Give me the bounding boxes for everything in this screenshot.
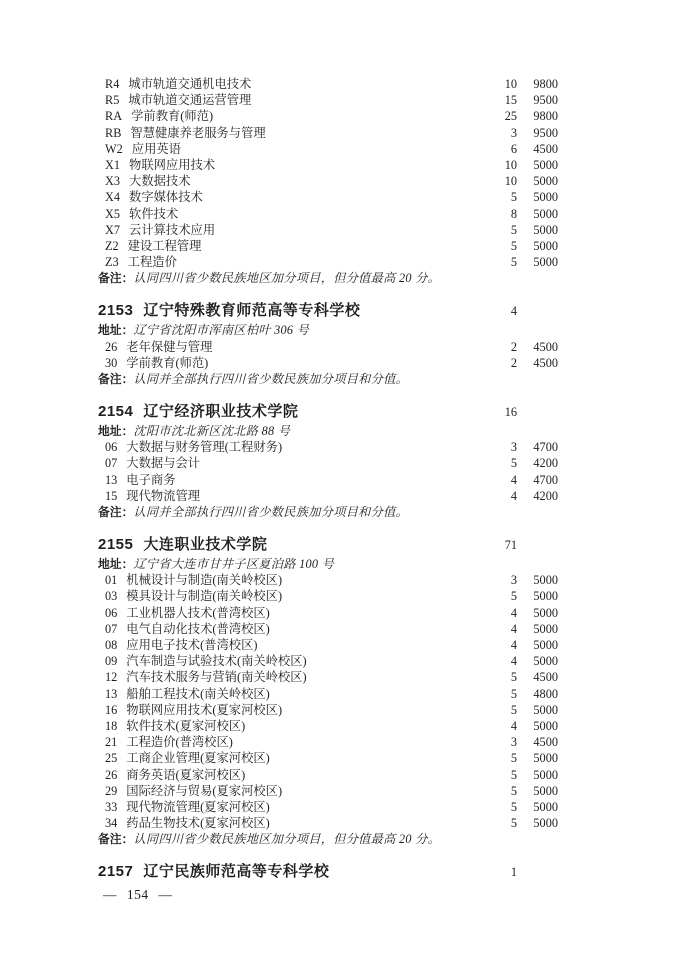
address-line: 地址：辽宁省大连市甘井子区夏泊路 100 号 [98, 556, 558, 573]
major-row: R5 城市轨道交通运营管理 15 9500 [98, 92, 558, 108]
major-plan-count: 5 [471, 669, 517, 685]
major-tuition-fee: 5000 [517, 238, 558, 254]
major-code: 21 [105, 734, 117, 750]
major-name: 工商企业管理(夏家河校区) [126, 750, 471, 766]
major-tuition-fee: 5000 [517, 588, 558, 604]
note-slot: 备注：认同并全部执行四川省少数民族加分项目和分值。 [98, 504, 558, 521]
note-slot: 备注：认同并全部执行四川省少数民族加分项目和分值。 [98, 371, 558, 388]
major-plan-count: 4 [471, 472, 517, 488]
major-name: 软件技术 [129, 206, 471, 222]
major-code: 30 [105, 355, 117, 371]
major-tuition-fee: 5000 [517, 621, 558, 637]
major-plan-count: 4 [471, 488, 517, 504]
school-section: 2154 辽宁经济职业技术学院 16 地址：沈阳市沈北新区沈北路 88 号 06… [98, 401, 558, 521]
major-name: 船舶工程技术(南关岭校区) [126, 686, 471, 702]
major-plan-count: 3 [471, 734, 517, 750]
major-plan-count: 15 [471, 92, 517, 108]
major-row: 06 工业机器人技术(普湾校区) 4 5000 [98, 605, 558, 621]
note-text: 认同并全部执行四川省少数民族加分项目和分值。 [133, 505, 408, 519]
major-name: 大数据与会计 [126, 455, 471, 471]
address-label: 地址： [98, 424, 133, 438]
major-name: 老年保健与管理 [126, 339, 471, 355]
major-code: Z3 [105, 254, 119, 270]
note-label: 备注： [98, 372, 133, 386]
page-number: — 154 — [103, 887, 173, 903]
major-rows: 06 大数据与财务管理(工程财务) 3 4700 07 大数据与会计 5 420… [98, 439, 558, 504]
major-row: X7 云计算技术应用 5 5000 [98, 222, 558, 238]
major-tuition-fee: 5000 [517, 572, 558, 588]
major-code: 01 [105, 572, 117, 588]
major-plan-count: 4 [471, 718, 517, 734]
major-row: 13 船舶工程技术(南关岭校区) 5 4800 [98, 686, 558, 702]
major-name: 电子商务 [126, 472, 471, 488]
major-code: 34 [105, 815, 117, 831]
major-tuition-fee: 5000 [517, 206, 558, 222]
major-plan-count: 8 [471, 206, 517, 222]
major-code: 13 [105, 472, 117, 488]
major-row: 26 商务英语(夏家河校区) 5 5000 [98, 767, 558, 783]
major-row: 15 现代物流管理 4 4200 [98, 488, 558, 504]
major-plan-count: 5 [471, 588, 517, 604]
major-name: 数字媒体技术 [129, 189, 471, 205]
major-row: 25 工商企业管理(夏家河校区) 5 5000 [98, 750, 558, 766]
major-code: RA [105, 108, 122, 124]
major-code: 25 [105, 750, 117, 766]
school-section: 2153 辽宁特殊教育师范高等专科学校 4 地址：辽宁省沈阳市浑南区柏叶 306… [98, 300, 558, 388]
major-tuition-fee: 5000 [517, 750, 558, 766]
address-text: 辽宁省大连市甘井子区夏泊路 100 号 [133, 557, 334, 571]
school-header: 2154 辽宁经济职业技术学院 16 [98, 401, 558, 423]
school-plan-count: 16 [471, 402, 517, 423]
major-name: 大数据技术 [129, 173, 471, 189]
major-code: X4 [105, 189, 120, 205]
major-name: 国际经济与贸易(夏家河校区) [126, 783, 471, 799]
major-tuition-fee: 5000 [517, 173, 558, 189]
school-header: 2153 辽宁特殊教育师范高等专科学校 4 [98, 300, 558, 322]
major-code: 26 [105, 767, 117, 783]
major-row: 01 机械设计与制造(南关岭校区) 3 5000 [98, 572, 558, 588]
major-plan-count: 10 [471, 173, 517, 189]
school-plan-count: 1 [471, 862, 517, 883]
major-name: 应用英语 [132, 141, 471, 157]
major-name: 汽车制造与试验技术(南关岭校区) [126, 653, 471, 669]
major-name: 工业机器人技术(普湾校区) [126, 605, 471, 621]
major-plan-count: 5 [471, 783, 517, 799]
address-label: 地址： [98, 557, 133, 571]
major-plan-count: 3 [471, 572, 517, 588]
major-row: X1 物联网应用技术 10 5000 [98, 157, 558, 173]
major-tuition-fee: 5000 [517, 189, 558, 205]
major-code: X7 [105, 222, 120, 238]
major-name: 药品生物技术(夏家河校区) [126, 815, 471, 831]
major-name: 电气自动化技术(普湾校区) [126, 621, 471, 637]
major-plan-count: 4 [471, 605, 517, 621]
major-row: Z2 建设工程管理 5 5000 [98, 238, 558, 254]
major-name: 软件技术(夏家河校区) [126, 718, 471, 734]
major-name: 学前教育(师范) [126, 355, 471, 371]
school-section: 2155 大连职业技术学院 71 地址：辽宁省大连市甘井子区夏泊路 100 号 … [98, 534, 558, 848]
major-code: R5 [105, 92, 119, 108]
note-line: 备注：认同并全部执行四川省少数民族加分项目和分值。 [98, 371, 558, 388]
major-tuition-fee: 4200 [517, 488, 558, 504]
major-tuition-fee: 4500 [517, 355, 558, 371]
school-plan-count: 71 [471, 535, 517, 556]
page-content: R4 城市轨道交通机电技术 10 9800 R5 城市轨道交通运营管理 15 9… [98, 76, 558, 883]
school-name: 辽宁特殊教育师范高等专科学校 [143, 300, 471, 321]
major-code: 13 [105, 686, 117, 702]
major-row: 06 大数据与财务管理(工程财务) 3 4700 [98, 439, 558, 455]
major-plan-count: 4 [471, 637, 517, 653]
address-line: 地址：沈阳市沈北新区沈北路 88 号 [98, 423, 558, 440]
major-code: 16 [105, 702, 117, 718]
address-label: 地址： [98, 323, 133, 337]
school-sections: 2153 辽宁特殊教育师范高等专科学校 4 地址：辽宁省沈阳市浑南区柏叶 306… [98, 300, 558, 883]
major-name: 智慧健康养老服务与管理 [130, 125, 471, 141]
major-tuition-fee: 4700 [517, 472, 558, 488]
major-name: 城市轨道交通机电技术 [128, 76, 471, 92]
major-plan-count: 2 [471, 339, 517, 355]
school-section: 2157 辽宁民族师范高等专科学校 1 [98, 861, 558, 883]
major-rows: 26 老年保健与管理 2 4500 30 学前教育(师范) 2 4500 [98, 339, 558, 371]
major-plan-count: 4 [471, 621, 517, 637]
major-code: W2 [105, 141, 123, 157]
major-name: 商务英语(夏家河校区) [126, 767, 471, 783]
major-name: 机械设计与制造(南关岭校区) [126, 572, 471, 588]
major-tuition-fee: 4800 [517, 686, 558, 702]
major-name: 汽车技术服务与营销(南关岭校区) [126, 669, 471, 685]
major-tuition-fee: 4200 [517, 455, 558, 471]
major-code: X5 [105, 206, 120, 222]
major-plan-count: 5 [471, 254, 517, 270]
note-line: 备注：认同四川省少数民族地区加分项目，但分值最高 20 分。 [98, 831, 558, 848]
note-label: 备注： [98, 271, 133, 285]
major-row: X4 数字媒体技术 5 5000 [98, 189, 558, 205]
major-tuition-fee: 5000 [517, 799, 558, 815]
major-plan-count: 5 [471, 799, 517, 815]
school-code: 2155 [98, 534, 133, 555]
major-tuition-fee: 4700 [517, 439, 558, 455]
major-row: RB 智慧健康养老服务与管理 3 9500 [98, 125, 558, 141]
major-tuition-fee: 5000 [517, 653, 558, 669]
school-name: 辽宁民族师范高等专科学校 [143, 861, 471, 882]
major-plan-count: 10 [471, 76, 517, 92]
major-name: 建设工程管理 [128, 238, 471, 254]
major-rows: R4 城市轨道交通机电技术 10 9800 R5 城市轨道交通运营管理 15 9… [98, 76, 558, 270]
note-slot: 备注：认同四川省少数民族地区加分项目，但分值最高 20 分。 [98, 831, 558, 848]
major-name: 物联网应用技术 [129, 157, 471, 173]
major-name: 学前教育(师范) [131, 108, 471, 124]
note-text: 认同并全部执行四川省少数民族加分项目和分值。 [133, 372, 408, 386]
address-text: 沈阳市沈北新区沈北路 88 号 [133, 424, 290, 438]
major-tuition-fee: 9800 [517, 108, 558, 124]
note-line: 备注：认同四川省少数民族地区加分项目，但分值最高 20 分。 [98, 270, 558, 287]
major-row: 34 药品生物技术(夏家河校区) 5 5000 [98, 815, 558, 831]
major-plan-count: 5 [471, 686, 517, 702]
major-code: 06 [105, 605, 117, 621]
major-row: 07 大数据与会计 5 4200 [98, 455, 558, 471]
major-code: 09 [105, 653, 117, 669]
major-row: W2 应用英语 6 4500 [98, 141, 558, 157]
major-tuition-fee: 4500 [517, 339, 558, 355]
major-row: 16 物联网应用技术(夏家河校区) 5 5000 [98, 702, 558, 718]
note-label: 备注： [98, 832, 133, 846]
school-code: 2154 [98, 401, 133, 422]
major-name: 物联网应用技术(夏家河校区) [126, 702, 471, 718]
major-row: 26 老年保健与管理 2 4500 [98, 339, 558, 355]
major-row: Z3 工程造价 5 5000 [98, 254, 558, 270]
major-code: 18 [105, 718, 117, 734]
major-row: X3 大数据技术 10 5000 [98, 173, 558, 189]
major-name: 工程造价(普湾校区) [126, 734, 471, 750]
school-name: 大连职业技术学院 [143, 534, 471, 555]
major-tuition-fee: 5000 [517, 815, 558, 831]
major-plan-count: 5 [471, 222, 517, 238]
major-code: 03 [105, 588, 117, 604]
major-plan-count: 3 [471, 439, 517, 455]
address-line: 地址：辽宁省沈阳市浑南区柏叶 306 号 [98, 322, 558, 339]
major-rows: 01 机械设计与制造(南关岭校区) 3 5000 03 模具设计与制造(南关岭校… [98, 572, 558, 831]
major-row: R4 城市轨道交通机电技术 10 9800 [98, 76, 558, 92]
major-row: 33 现代物流管理(夏家河校区) 5 5000 [98, 799, 558, 815]
major-code: X3 [105, 173, 120, 189]
major-plan-count: 5 [471, 238, 517, 254]
major-plan-count: 5 [471, 815, 517, 831]
major-tuition-fee: 5000 [517, 783, 558, 799]
major-plan-count: 3 [471, 125, 517, 141]
major-tuition-fee: 5000 [517, 157, 558, 173]
major-row: 07 电气自动化技术(普湾校区) 4 5000 [98, 621, 558, 637]
major-tuition-fee: 4500 [517, 141, 558, 157]
major-plan-count: 2 [471, 355, 517, 371]
note-text: 认同四川省少数民族地区加分项目，但分值最高 20 分。 [133, 271, 440, 285]
major-row: 18 软件技术(夏家河校区) 4 5000 [98, 718, 558, 734]
major-code: 07 [105, 621, 117, 637]
school-code: 2153 [98, 300, 133, 321]
major-code: 29 [105, 783, 117, 799]
school-header: 2155 大连职业技术学院 71 [98, 534, 558, 556]
major-tuition-fee: 5000 [517, 718, 558, 734]
major-row: 03 模具设计与制造(南关岭校区) 5 5000 [98, 588, 558, 604]
school-name: 辽宁经济职业技术学院 [143, 401, 471, 422]
major-tuition-fee: 5000 [517, 254, 558, 270]
major-row: 09 汽车制造与试验技术(南关岭校区) 4 5000 [98, 653, 558, 669]
major-code: 07 [105, 455, 117, 471]
major-tuition-fee: 9500 [517, 92, 558, 108]
major-name: 城市轨道交通运营管理 [128, 92, 471, 108]
major-plan-count: 25 [471, 108, 517, 124]
note-line: 备注：认同并全部执行四川省少数民族加分项目和分值。 [98, 504, 558, 521]
document-page: R4 城市轨道交通机电技术 10 9800 R5 城市轨道交通运营管理 15 9… [0, 0, 680, 961]
major-row: 21 工程造价(普湾校区) 3 4500 [98, 734, 558, 750]
major-row: X5 软件技术 8 5000 [98, 206, 558, 222]
major-row: 08 应用电子技术(普湾校区) 4 5000 [98, 637, 558, 653]
major-code: 06 [105, 439, 117, 455]
major-row: 13 电子商务 4 4700 [98, 472, 558, 488]
major-name: 工程造价 [128, 254, 471, 270]
major-tuition-fee: 5000 [517, 637, 558, 653]
school-plan-count: 4 [471, 301, 517, 322]
major-tuition-fee: 4500 [517, 734, 558, 750]
school-code: 2157 [98, 861, 133, 882]
major-code: 12 [105, 669, 117, 685]
major-name: 现代物流管理(夏家河校区) [126, 799, 471, 815]
major-row: RA 学前教育(师范) 25 9800 [98, 108, 558, 124]
major-plan-count: 10 [471, 157, 517, 173]
continuation-block: R4 城市轨道交通机电技术 10 9800 R5 城市轨道交通运营管理 15 9… [98, 76, 558, 287]
major-tuition-fee: 5000 [517, 605, 558, 621]
major-code: R4 [105, 76, 119, 92]
major-row: 30 学前教育(师范) 2 4500 [98, 355, 558, 371]
major-code: RB [105, 125, 121, 141]
address-text: 辽宁省沈阳市浑南区柏叶 306 号 [133, 323, 309, 337]
major-plan-count: 5 [471, 189, 517, 205]
major-tuition-fee: 4500 [517, 669, 558, 685]
major-tuition-fee: 5000 [517, 222, 558, 238]
major-plan-count: 6 [471, 141, 517, 157]
school-header: 2157 辽宁民族师范高等专科学校 1 [98, 861, 558, 883]
major-name: 现代物流管理 [126, 488, 471, 504]
major-code: Z2 [105, 238, 119, 254]
note-label: 备注： [98, 505, 133, 519]
major-plan-count: 5 [471, 767, 517, 783]
major-row: 12 汽车技术服务与营销(南关岭校区) 5 4500 [98, 669, 558, 685]
major-tuition-fee: 5000 [517, 767, 558, 783]
major-plan-count: 4 [471, 653, 517, 669]
major-code: 33 [105, 799, 117, 815]
major-code: 08 [105, 637, 117, 653]
major-row: 29 国际经济与贸易(夏家河校区) 5 5000 [98, 783, 558, 799]
major-name: 模具设计与制造(南关岭校区) [126, 588, 471, 604]
major-plan-count: 5 [471, 750, 517, 766]
major-name: 大数据与财务管理(工程财务) [126, 439, 471, 455]
major-code: 26 [105, 339, 117, 355]
major-code: X1 [105, 157, 120, 173]
note-text: 认同四川省少数民族地区加分项目，但分值最高 20 分。 [133, 832, 440, 846]
major-name: 应用电子技术(普湾校区) [126, 637, 471, 653]
major-code: 15 [105, 488, 117, 504]
major-plan-count: 5 [471, 455, 517, 471]
note-slot: 备注：认同四川省少数民族地区加分项目，但分值最高 20 分。 [98, 270, 558, 287]
major-tuition-fee: 5000 [517, 702, 558, 718]
major-tuition-fee: 9500 [517, 125, 558, 141]
major-plan-count: 5 [471, 702, 517, 718]
major-tuition-fee: 9800 [517, 76, 558, 92]
major-name: 云计算技术应用 [129, 222, 471, 238]
